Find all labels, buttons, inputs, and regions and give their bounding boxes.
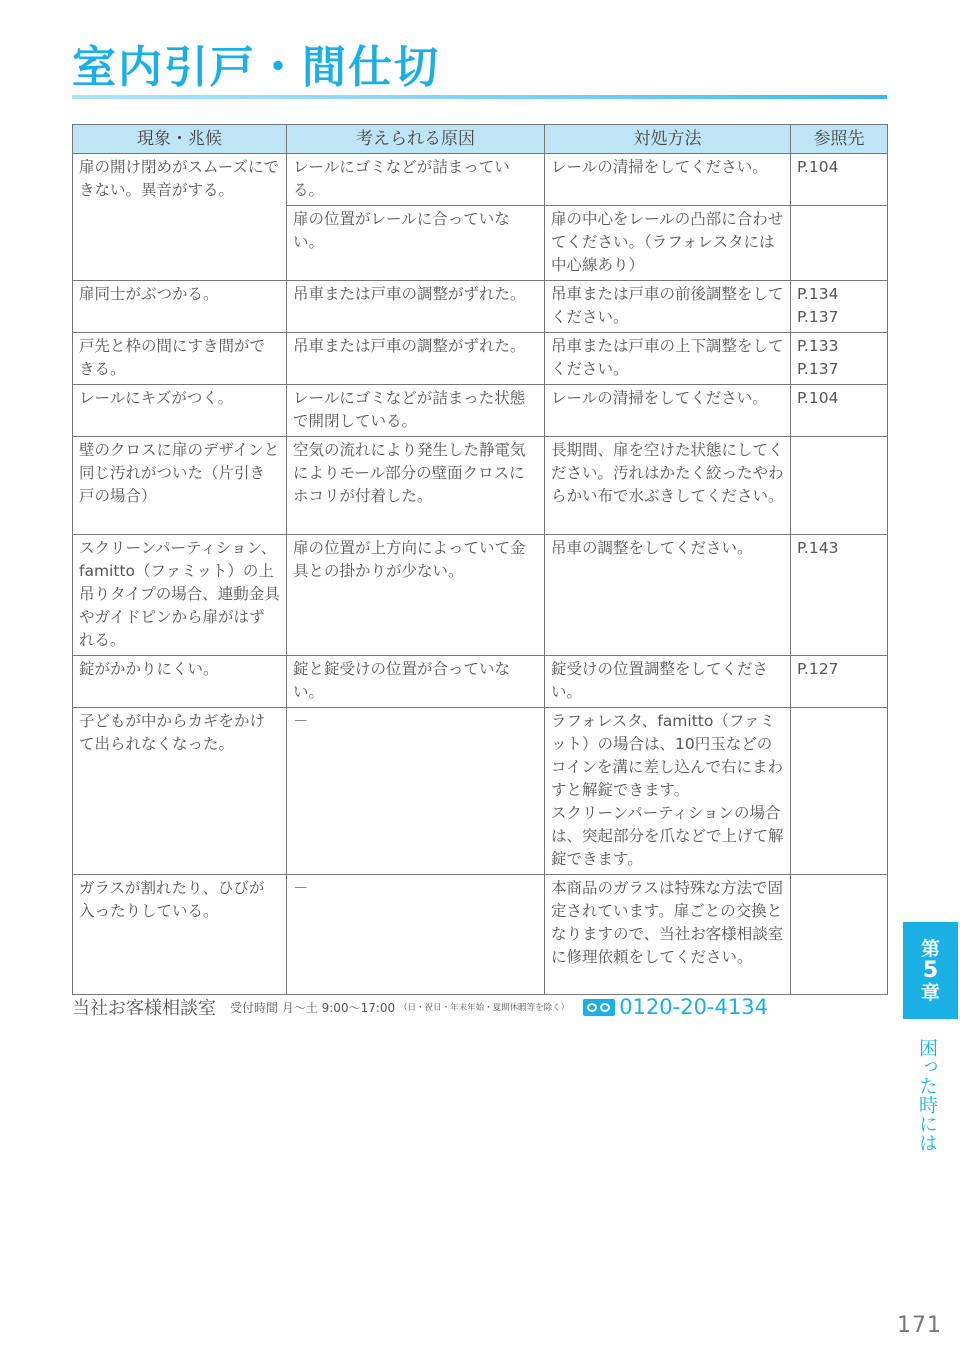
title-underline xyxy=(72,95,887,99)
troubleshooting-table: 現象・兆候 考えられる原因 対処方法 参照先 扉の開け閉めがスムーズにできない。… xyxy=(72,124,888,995)
remedy-cell: 錠受けの位置調整をしてください。 xyxy=(545,656,791,708)
chapter-name: 困った時には xyxy=(914,1038,938,1152)
customer-center-info: 当社お客様相談室 受付時間 月～土 9:00～17:00 （日・祝日・年末年始・… xyxy=(72,994,768,1020)
remedy-cell: 本商品のガラスは特殊な方法で固定されています。扉ごとの交換となりますので、当社お… xyxy=(545,875,791,995)
reference-cell: P.104 xyxy=(791,385,888,437)
cause-cell: レールにゴミなどが詰まっている。 xyxy=(287,154,545,206)
reference-cell xyxy=(791,206,888,281)
remedy-cell: レールの清掃をしてください。 xyxy=(545,385,791,437)
remedy-cell: 吊車または戸車の上下調整をしてください。 xyxy=(545,333,791,385)
cause-cell: 扉の位置が上方向によっていて金具との掛かりが少ない。 xyxy=(287,535,545,656)
reference-cell: P.127 xyxy=(791,656,888,708)
freedial-number: 0120-20-4134 xyxy=(583,995,768,1019)
page-number: 171 xyxy=(897,1313,942,1338)
remedy-cell: ラフォレスタ、famitto（ファミット）の場合は、10円玉などのコインを溝に差… xyxy=(545,708,791,875)
table-row: 扉の開け閉めがスムーズにできない。異音がする。 レールにゴミなどが詰まっている。… xyxy=(73,154,888,206)
phone-number: 0120-20-4134 xyxy=(619,995,768,1019)
symptom-cell: レールにキズがつく。 xyxy=(73,385,287,437)
chapter-prefix: 第 xyxy=(921,938,940,960)
cause-cell: － xyxy=(287,708,545,875)
table-row: 壁のクロスに扉のデザインと同じ汚れがついた（片引き戸の場合） 空気の流れにより発… xyxy=(73,437,888,535)
business-hours: 受付時間 月～土 9:00～17:00 xyxy=(230,999,395,1016)
reference-cell: P.104 xyxy=(791,154,888,206)
reference-cell xyxy=(791,437,888,535)
reference-cell xyxy=(791,708,888,875)
reference-cell: P.134 P.137 xyxy=(791,281,888,333)
remedy-cell: 長期間、扉を空けた状態にしてください。汚れはかたく絞ったやわらかい布で水ぶきして… xyxy=(545,437,791,535)
symptom-cell: 子どもが中からカギをかけて出られなくなった。 xyxy=(73,708,287,875)
symptom-cell: 錠がかかりにくい。 xyxy=(73,656,287,708)
cause-cell: 空気の流れにより発生した静電気によりモール部分の壁面クロスにホコリが付着した。 xyxy=(287,437,545,535)
header-reference: 参照先 xyxy=(791,125,888,154)
table-row: 錠がかかりにくい。 錠と錠受けの位置が合っていない。 錠受けの位置調整をしてくだ… xyxy=(73,656,888,708)
table-row: スクリーンパーティション、famitto（ファミット）の上吊りタイプの場合、連動… xyxy=(73,535,888,656)
cause-cell: 吊車または戸車の調整がずれた。 xyxy=(287,281,545,333)
remedy-cell: 扉の中心をレールの凸部に合わせてください。（ラフォレスタには中心線あり） xyxy=(545,206,791,281)
table-row: 戸先と枠の間にすき間ができる。 吊車または戸車の調整がずれた。 吊車または戸車の… xyxy=(73,333,888,385)
chapter-number: 5 xyxy=(923,960,938,982)
freedial-icon xyxy=(583,999,615,1016)
header-remedy: 対処方法 xyxy=(545,125,791,154)
business-hours-note: （日・祝日・年末年始・夏期休暇等を除く） xyxy=(399,1001,569,1013)
table-row: 扉同士がぶつかる。 吊車または戸車の調整がずれた。 吊車または戸車の前後調整をし… xyxy=(73,281,888,333)
remedy-cell: 吊車の調整をしてください。 xyxy=(545,535,791,656)
symptom-cell: 扉の開け閉めがスムーズにできない。異音がする。 xyxy=(73,154,287,281)
symptom-cell: 戸先と枠の間にすき間ができる。 xyxy=(73,333,287,385)
page-title: 室内引戸・間仕切 xyxy=(72,38,440,98)
reference-cell: P.143 xyxy=(791,535,888,656)
header-cause: 考えられる原因 xyxy=(287,125,545,154)
table-row: ガラスが割れたり、ひびが入ったりしている。 － 本商品のガラスは特殊な方法で固定… xyxy=(73,875,888,995)
table-header-row: 現象・兆候 考えられる原因 対処方法 参照先 xyxy=(73,125,888,154)
chapter-suffix: 章 xyxy=(921,982,940,1004)
chapter-tab: 第 5 章 xyxy=(903,922,958,1019)
symptom-cell: 壁のクロスに扉のデザインと同じ汚れがついた（片引き戸の場合） xyxy=(73,437,287,535)
cause-cell: 錠と錠受けの位置が合っていない。 xyxy=(287,656,545,708)
header-symptom: 現象・兆候 xyxy=(73,125,287,154)
reference-cell xyxy=(791,875,888,995)
cause-cell: レールにゴミなどが詰まった状態で開閉している。 xyxy=(287,385,545,437)
remedy-cell: レールの清掃をしてください。 xyxy=(545,154,791,206)
symptom-cell: 扉同士がぶつかる。 xyxy=(73,281,287,333)
remedy-cell: 吊車または戸車の前後調整をしてください。 xyxy=(545,281,791,333)
cause-cell: － xyxy=(287,875,545,995)
cause-cell: 吊車または戸車の調整がずれた。 xyxy=(287,333,545,385)
reference-cell: P.133 P.137 xyxy=(791,333,888,385)
customer-center-name: 当社お客様相談室 xyxy=(72,994,216,1020)
table-row: 子どもが中からカギをかけて出られなくなった。 － ラフォレスタ、famitto（… xyxy=(73,708,888,875)
cause-cell: 扉の位置がレールに合っていない。 xyxy=(287,206,545,281)
symptom-cell: ガラスが割れたり、ひびが入ったりしている。 xyxy=(73,875,287,995)
symptom-cell: スクリーンパーティション、famitto（ファミット）の上吊りタイプの場合、連動… xyxy=(73,535,287,656)
table-row: レールにキズがつく。 レールにゴミなどが詰まった状態で開閉している。 レールの清… xyxy=(73,385,888,437)
